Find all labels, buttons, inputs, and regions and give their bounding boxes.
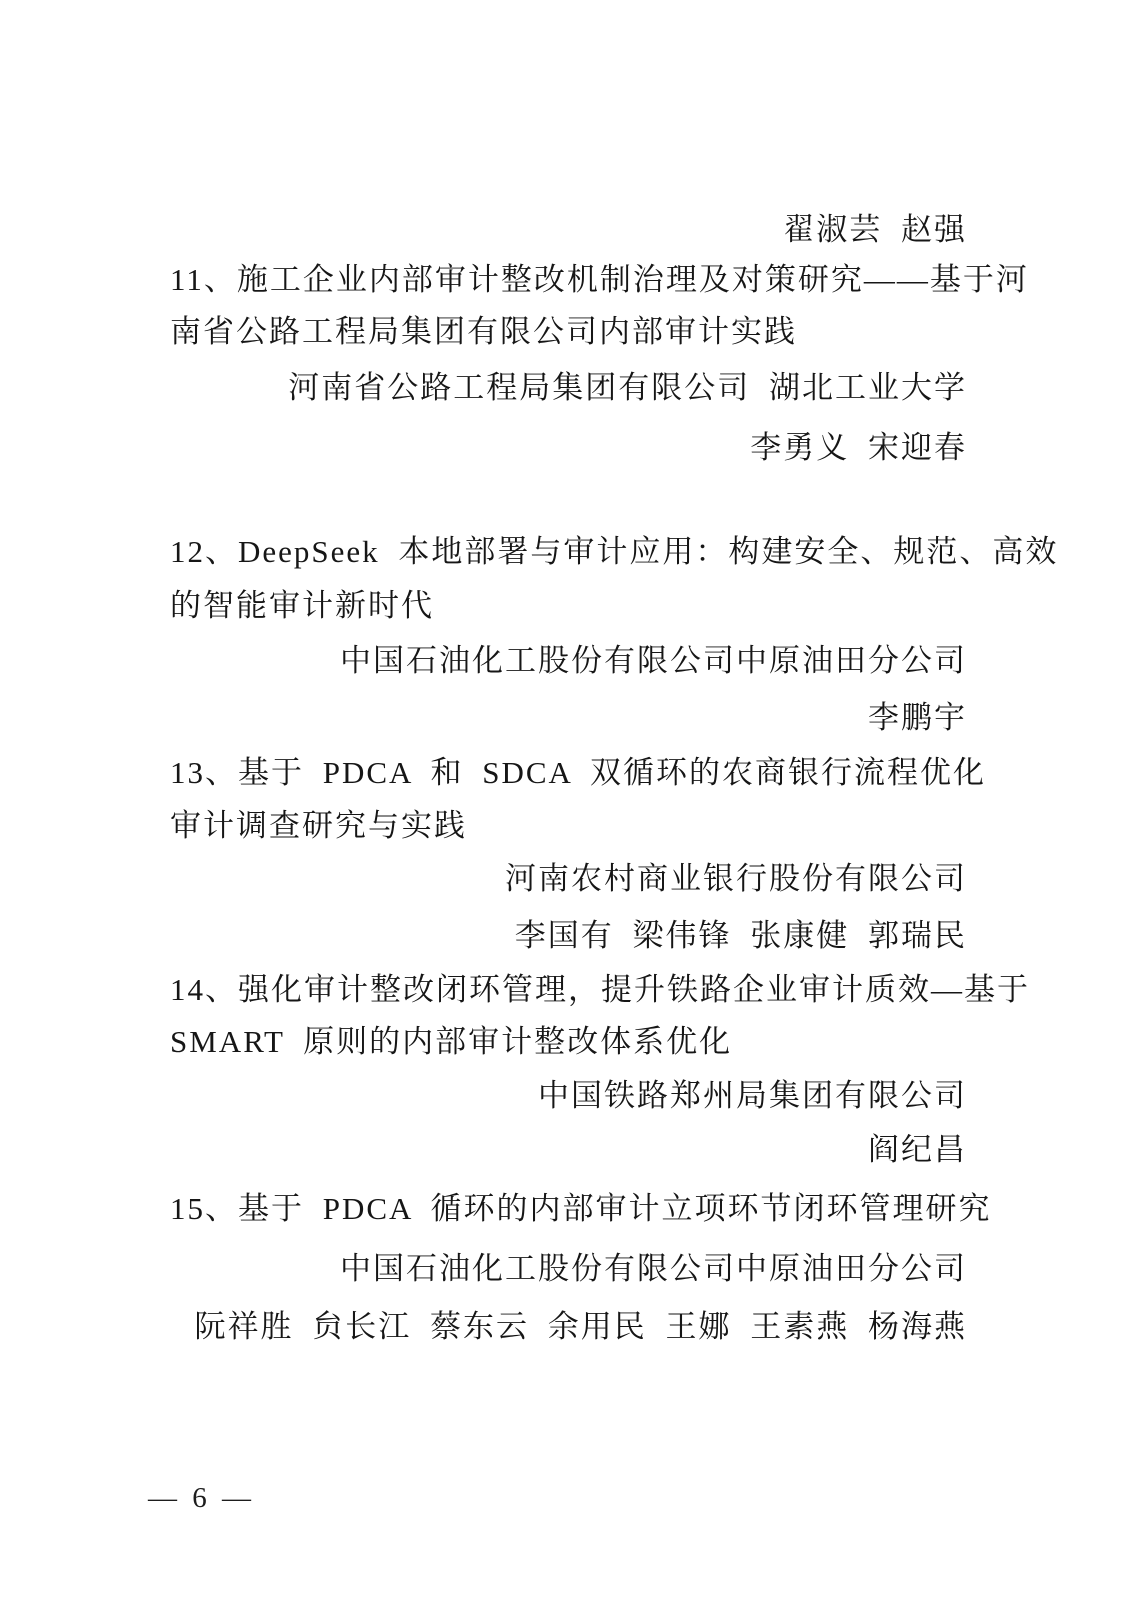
- page-number: — 6 —: [148, 1482, 255, 1515]
- item-12-organization: 中国石油化工股份有限公司中原油田分公司: [170, 643, 967, 679]
- item-14-organization: 中国铁路郑州局集团有限公司: [170, 1078, 967, 1114]
- carryover-authors: 翟淑芸 赵强: [170, 212, 967, 248]
- item-11-title-line2: 南省公路工程局集团有限公司内部审计实践: [170, 314, 967, 350]
- item-14-authors: 阎纪昌: [170, 1132, 967, 1168]
- item-14-title-line1: 14、强化审计整改闭环管理，提升铁路企业审计质效—基于: [170, 972, 967, 1008]
- item-13-authors: 李国有 梁伟锋 张康健 郭瑞民: [170, 918, 967, 954]
- document-page: 翟淑芸 赵强 11、施工企业内部审计整改机制治理及对策研究——基于河 南省公路工…: [0, 0, 1131, 1600]
- item-12-title-line1: 12、DeepSeek 本地部署与审计应用：构建安全、规范、高效: [170, 534, 967, 570]
- item-14-title-line2: SMART 原则的内部审计整改体系优化: [170, 1024, 967, 1060]
- item-15-organization: 中国石油化工股份有限公司中原油田分公司: [170, 1251, 967, 1287]
- item-13-title-line2: 审计调查研究与实践: [170, 808, 967, 844]
- item-11-title-line1: 11、施工企业内部审计整改机制治理及对策研究——基于河: [170, 262, 967, 298]
- item-13-title-line1: 13、基于 PDCA 和 SDCA 双循环的农商银行流程优化: [170, 755, 967, 791]
- item-12-title-line2: 的智能审计新时代: [170, 588, 967, 624]
- item-15-title-line1: 15、基于 PDCA 循环的内部审计立项环节闭环管理研究: [170, 1191, 967, 1227]
- item-12-authors: 李鹏宇: [170, 700, 967, 736]
- item-11-organization: 河南省公路工程局集团有限公司 湖北工业大学: [170, 370, 967, 406]
- item-15-authors: 阮祥胜 贠长江 蔡东云 余用民 王娜 王素燕 杨海燕: [170, 1309, 967, 1345]
- item-13-organization: 河南农村商业银行股份有限公司: [170, 861, 967, 897]
- item-11-authors: 李勇义 宋迎春: [170, 430, 967, 466]
